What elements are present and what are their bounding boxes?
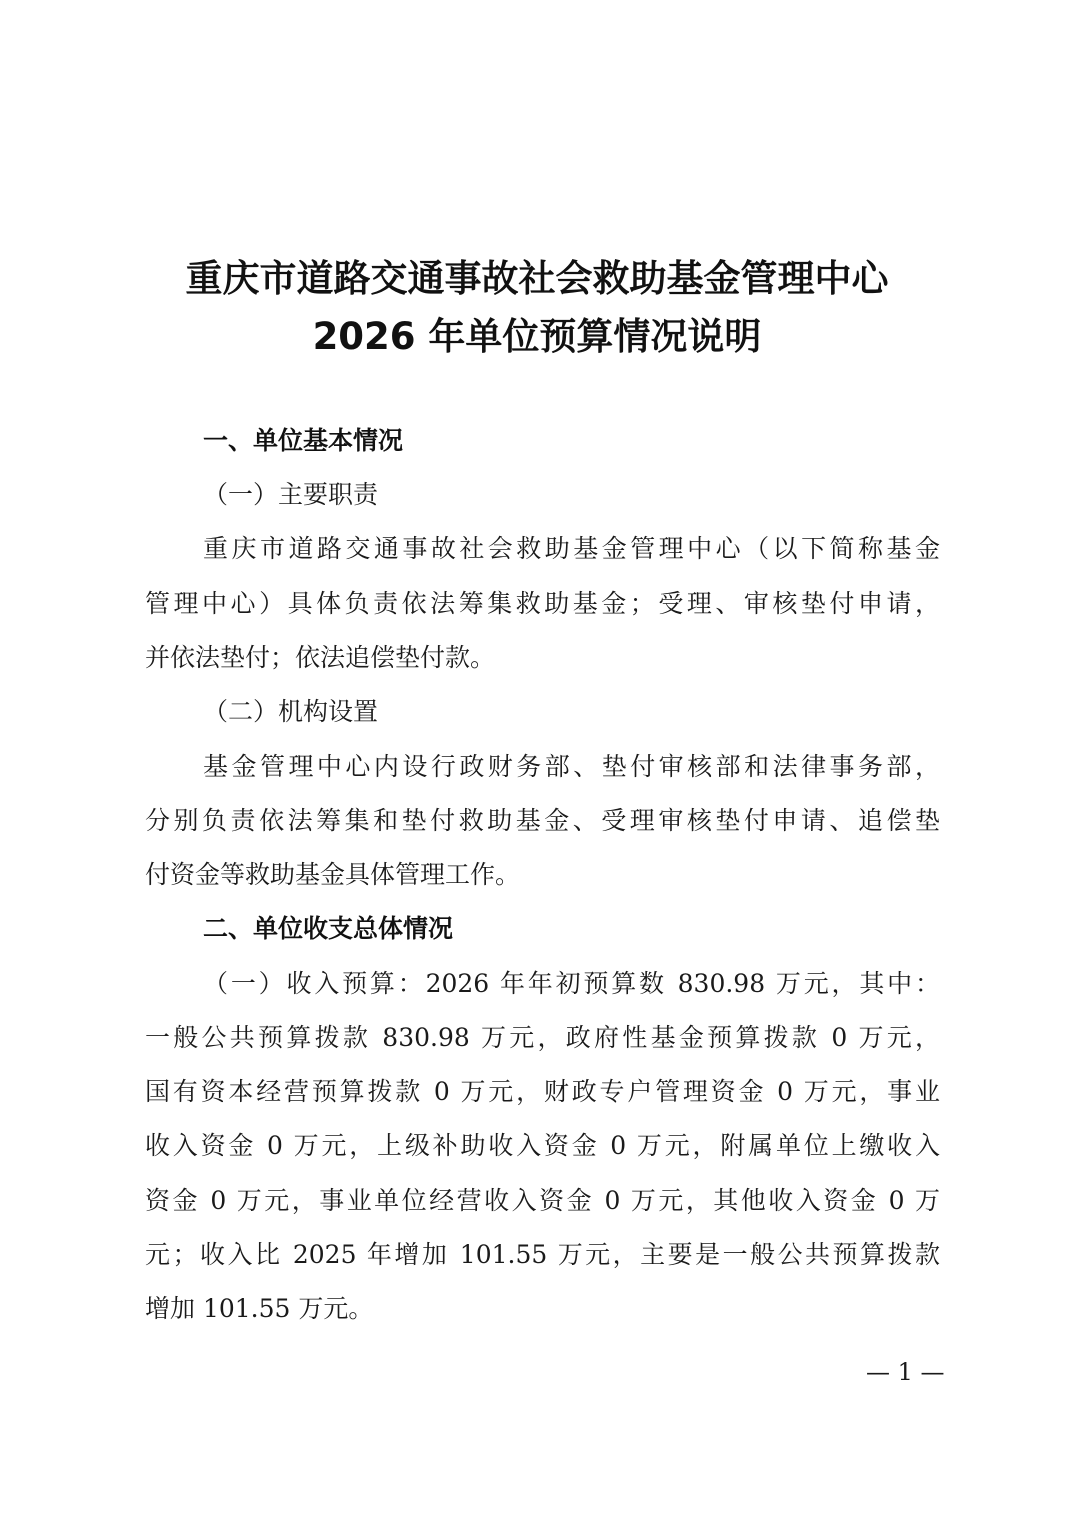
paragraph-line: 增加 101.55 万元。 [145, 1292, 940, 1326]
paragraph-line: 国有资本经营预算拨款 0 万元，财政专户管理资金 0 万元，事业 [145, 1075, 940, 1109]
paragraph-line: 重庆市道路交通事故社会救助基金管理中心（以下简称基金 [203, 532, 940, 566]
page-number: — 1 — [866, 1358, 945, 1386]
paragraph-line: 并依法垫付；依法追偿垫付款。 [145, 641, 940, 675]
paragraph-line: （一）收入预算：2026 年年初预算数 830.98 万元，其中： [203, 967, 940, 1001]
paragraph-line: 基金管理中心内设行政财务部、垫付审核部和法律事务部， [203, 750, 940, 784]
section1-heading: 一、单位基本情况 [203, 424, 403, 458]
paragraph-line: 元；收入比 2025 年增加 101.55 万元，主要是一般公共预算拨款 [145, 1238, 940, 1272]
document-title-line2: 2026 年单位预算情况说明 [0, 306, 1074, 360]
paragraph-line: 分别负责依法筹集和垫付救助基金、受理审核垫付申请、追偿垫 [145, 804, 940, 838]
document-title-line1: 重庆市道路交通事故社会救助基金管理中心 [0, 248, 1074, 302]
section2-heading: 二、单位收支总体情况 [203, 912, 453, 946]
section1-sub1-heading: （一）主要职责 [203, 478, 378, 512]
document-page: 重庆市道路交通事故社会救助基金管理中心 2026 年单位预算情况说明 一、单位基… [0, 0, 1074, 1520]
paragraph-line: 收入资金 0 万元，上级补助收入资金 0 万元，附属单位上缴收入 [145, 1129, 940, 1163]
paragraph-line: 一般公共预算拨款 830.98 万元，政府性基金预算拨款 0 万元， [145, 1021, 940, 1055]
paragraph-line: 付资金等救助基金具体管理工作。 [145, 858, 940, 892]
section1-sub2-heading: （二）机构设置 [203, 695, 378, 729]
paragraph-line: 资金 0 万元，事业单位经营收入资金 0 万元，其他收入资金 0 万 [145, 1184, 940, 1218]
paragraph-line: 管理中心）具体负责依法筹集救助基金；受理、审核垫付申请， [145, 587, 940, 621]
